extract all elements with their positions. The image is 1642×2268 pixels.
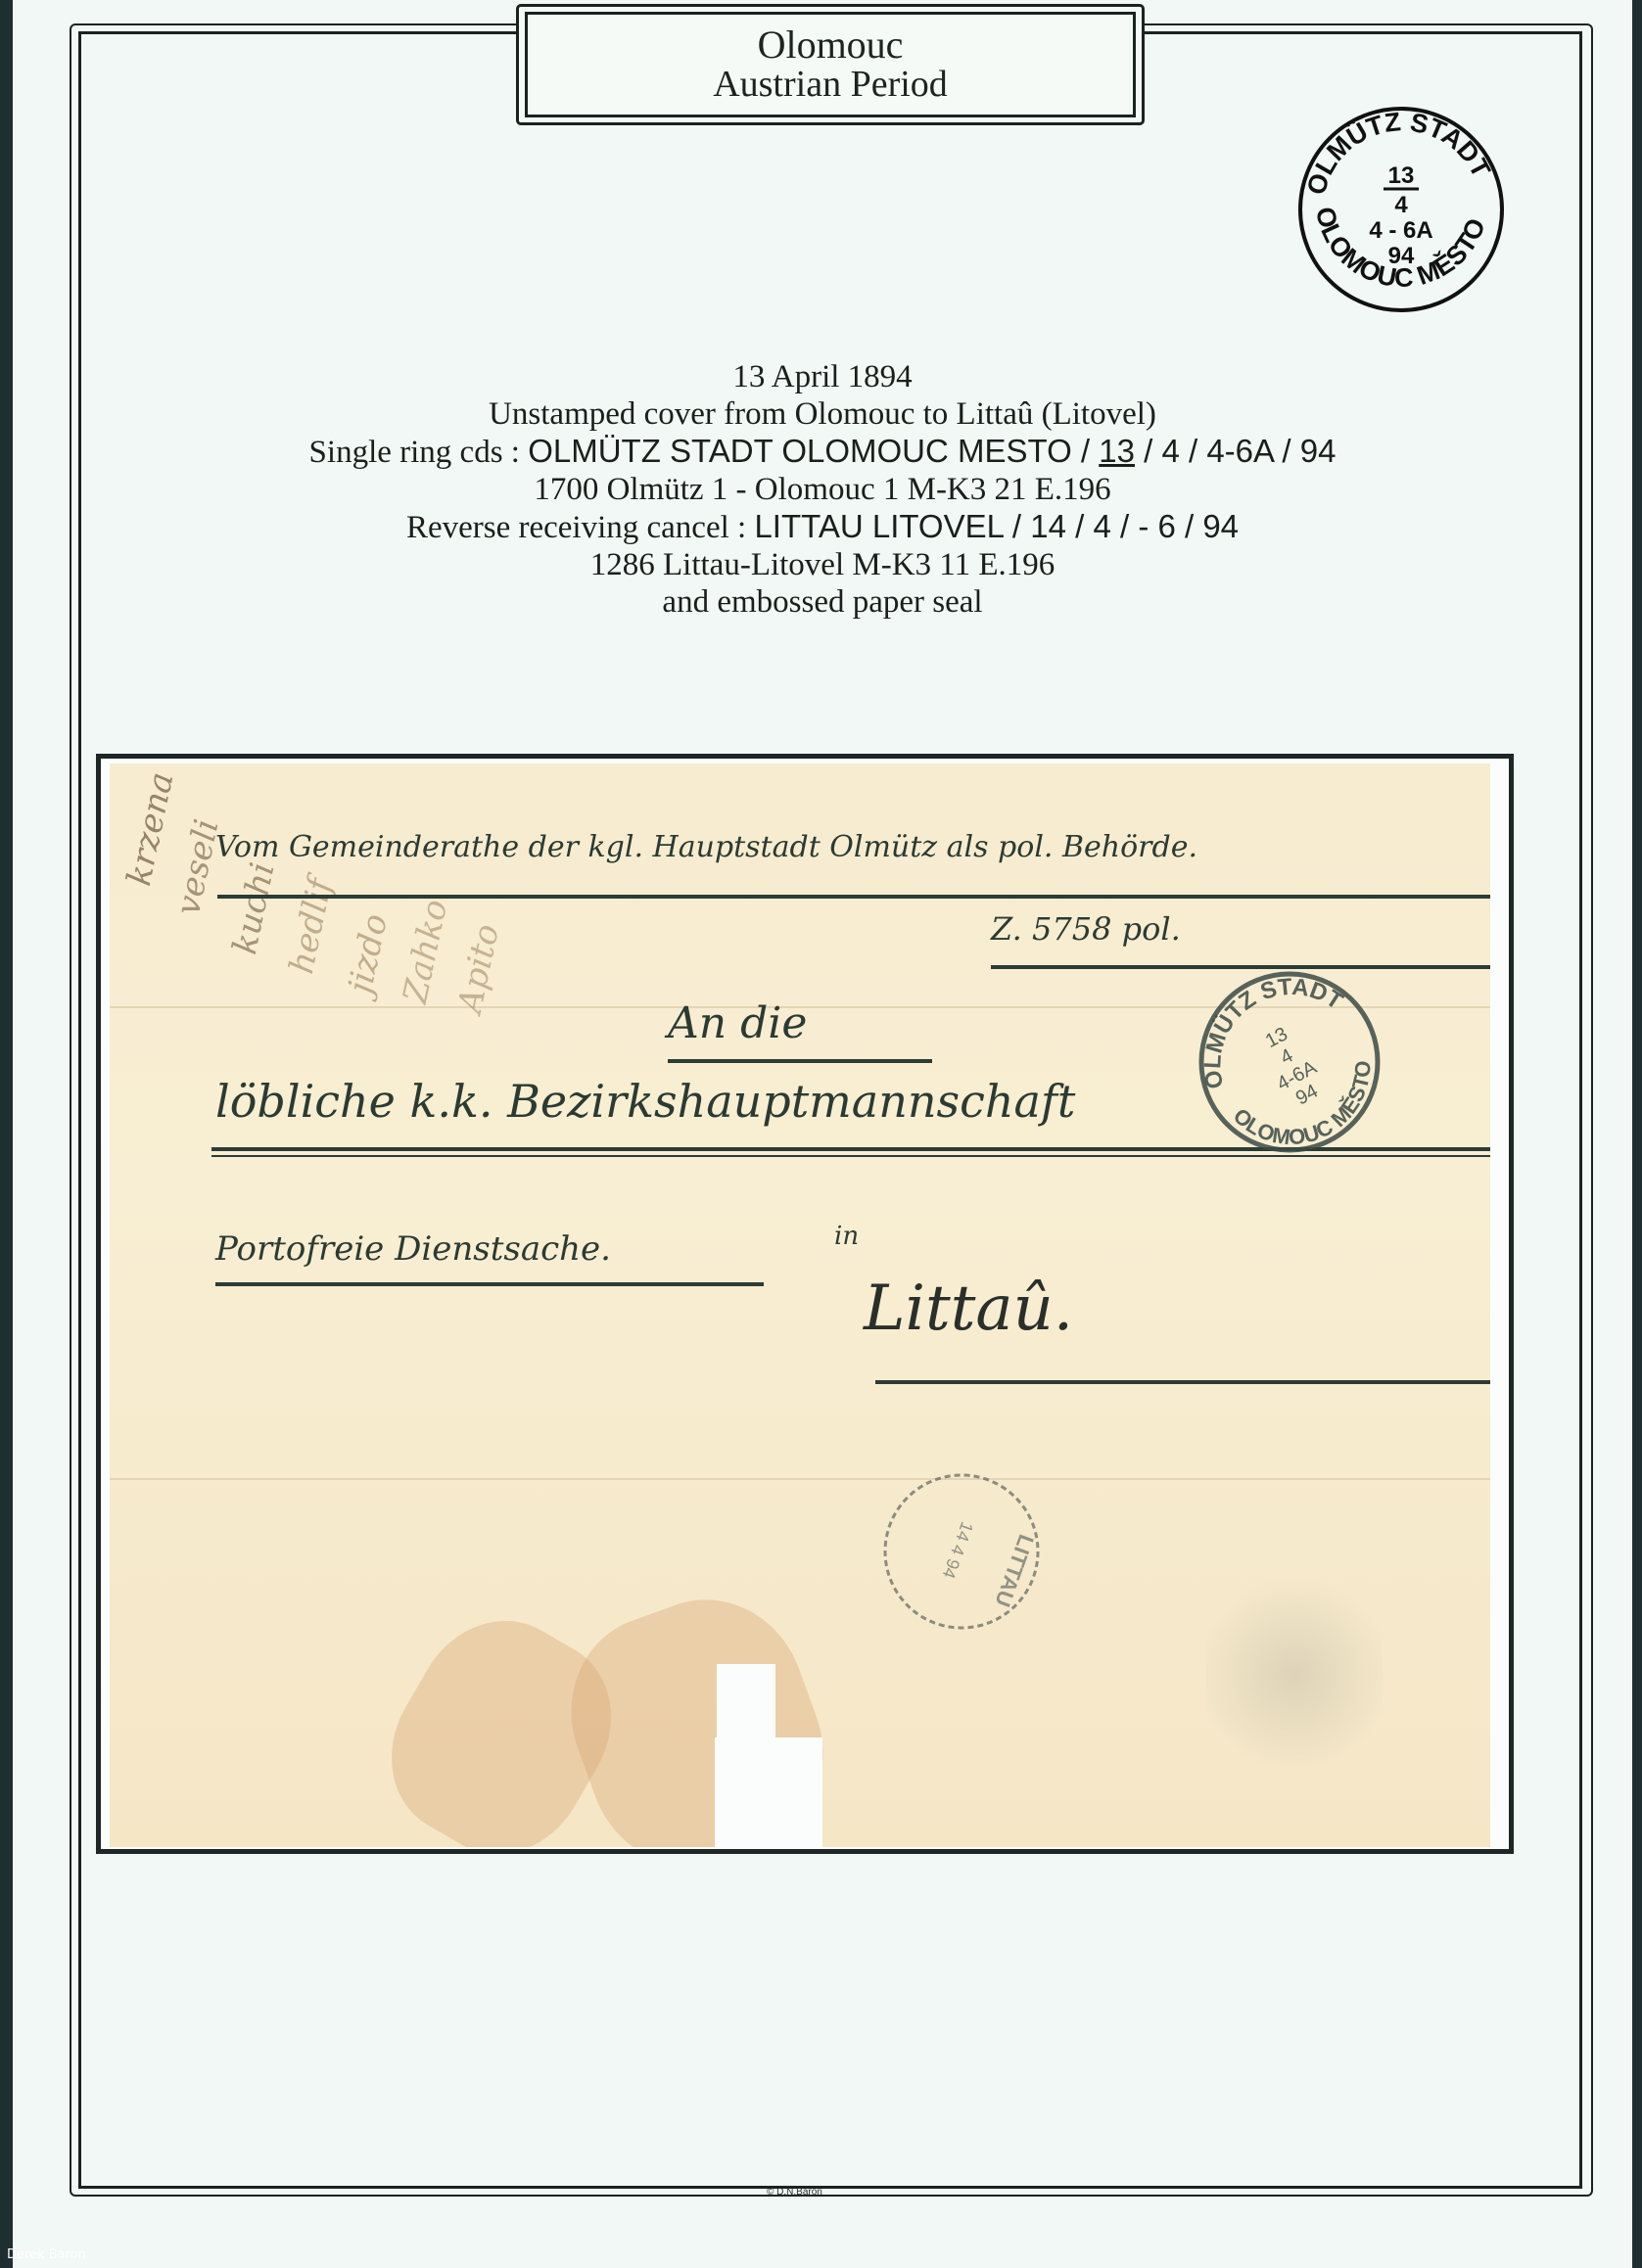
faded-handwriting: Apito [450,921,507,1017]
reference-number: Z. 5758 pol. [991,910,1181,948]
littau-receiving-cancel: LITTAU 14 4 94 [878,1463,1045,1640]
faded-handwriting: jizdo [341,910,396,996]
copyright: © D.N.Baron [767,2187,822,2198]
faded-handwriting: krzena [119,768,181,889]
postmark-year: 94 [1388,243,1415,269]
description-cds-line: Single ring cds : OLMÜTZ STADT OLOMOUC M… [186,433,1459,471]
postal-cover: krzena veseli kuchi hedlif jizdo Zahko A… [110,764,1490,1847]
sender-line: Vom Gemeinderathe der kgl. Hauptstadt Ol… [215,830,1197,864]
description-seal: and embossed paper seal [186,583,1459,621]
description-date: 13 April 1894 [186,358,1459,395]
official-marking: Portofreie Dienstsache. [215,1229,611,1269]
description-catalog-1: 1700 Olmütz 1 - Olomouc 1 M-K3 21 E.196 [186,471,1459,508]
faded-handwriting: kuchi [225,859,283,958]
destination-town: Littaû. [864,1273,1073,1345]
olmutz-postmark: OLMÜTZ STADT OLOMOUC MĚSTO 13 4 4-6A 94 [1192,964,1387,1160]
postmark-month: 4 [1394,192,1408,218]
scan-edge-right [1632,0,1642,2268]
faded-handwriting: Zahko [396,896,455,1006]
sender-underline [217,895,1490,899]
page-title: Olomouc [758,25,904,65]
address-salutation: An die [668,998,807,1048]
description-receiving-line: Reverse receiving cancel : LITTAU LITOVE… [186,508,1459,546]
embossed-seal-hole [715,1737,822,1847]
fold-line [110,1478,1490,1480]
postmark-illustration: OLMÜTZ STADT OLOMOUC MĚSTO 13 4 4 - 6A 9… [1294,103,1508,316]
page-subtitle: Austrian Period [713,65,948,104]
title-box: Olomouc Austrian Period [525,12,1136,117]
svg-text:LITTAU: LITTAU [990,1531,1039,1610]
faded-handwriting: hedlif [282,875,341,977]
address-recipient: löbliche k.k. Bezirkshauptmannschaft [215,1075,1075,1128]
postmark-time: 4 - 6A [1369,217,1432,244]
cover-description: 13 April 1894 Unstamped cover from Olomo… [186,358,1459,621]
in-word: in [834,1222,859,1251]
svg-text:14 4 94: 14 4 94 [939,1519,977,1581]
marking-underline [215,1282,764,1286]
smudge-marks [1206,1566,1383,1782]
salutation-underline [668,1059,932,1063]
description-summary: Unstamped cover from Olomouc to Littaû (… [186,395,1459,433]
watermark: Derek Baron [7,2247,86,2262]
destination-underline [875,1380,1490,1384]
description-catalog-2: 1286 Littau-Litovel M-K3 11 E.196 [186,546,1459,583]
scan-edge-left [0,0,13,2268]
postmark-day: 13 [1388,162,1415,189]
